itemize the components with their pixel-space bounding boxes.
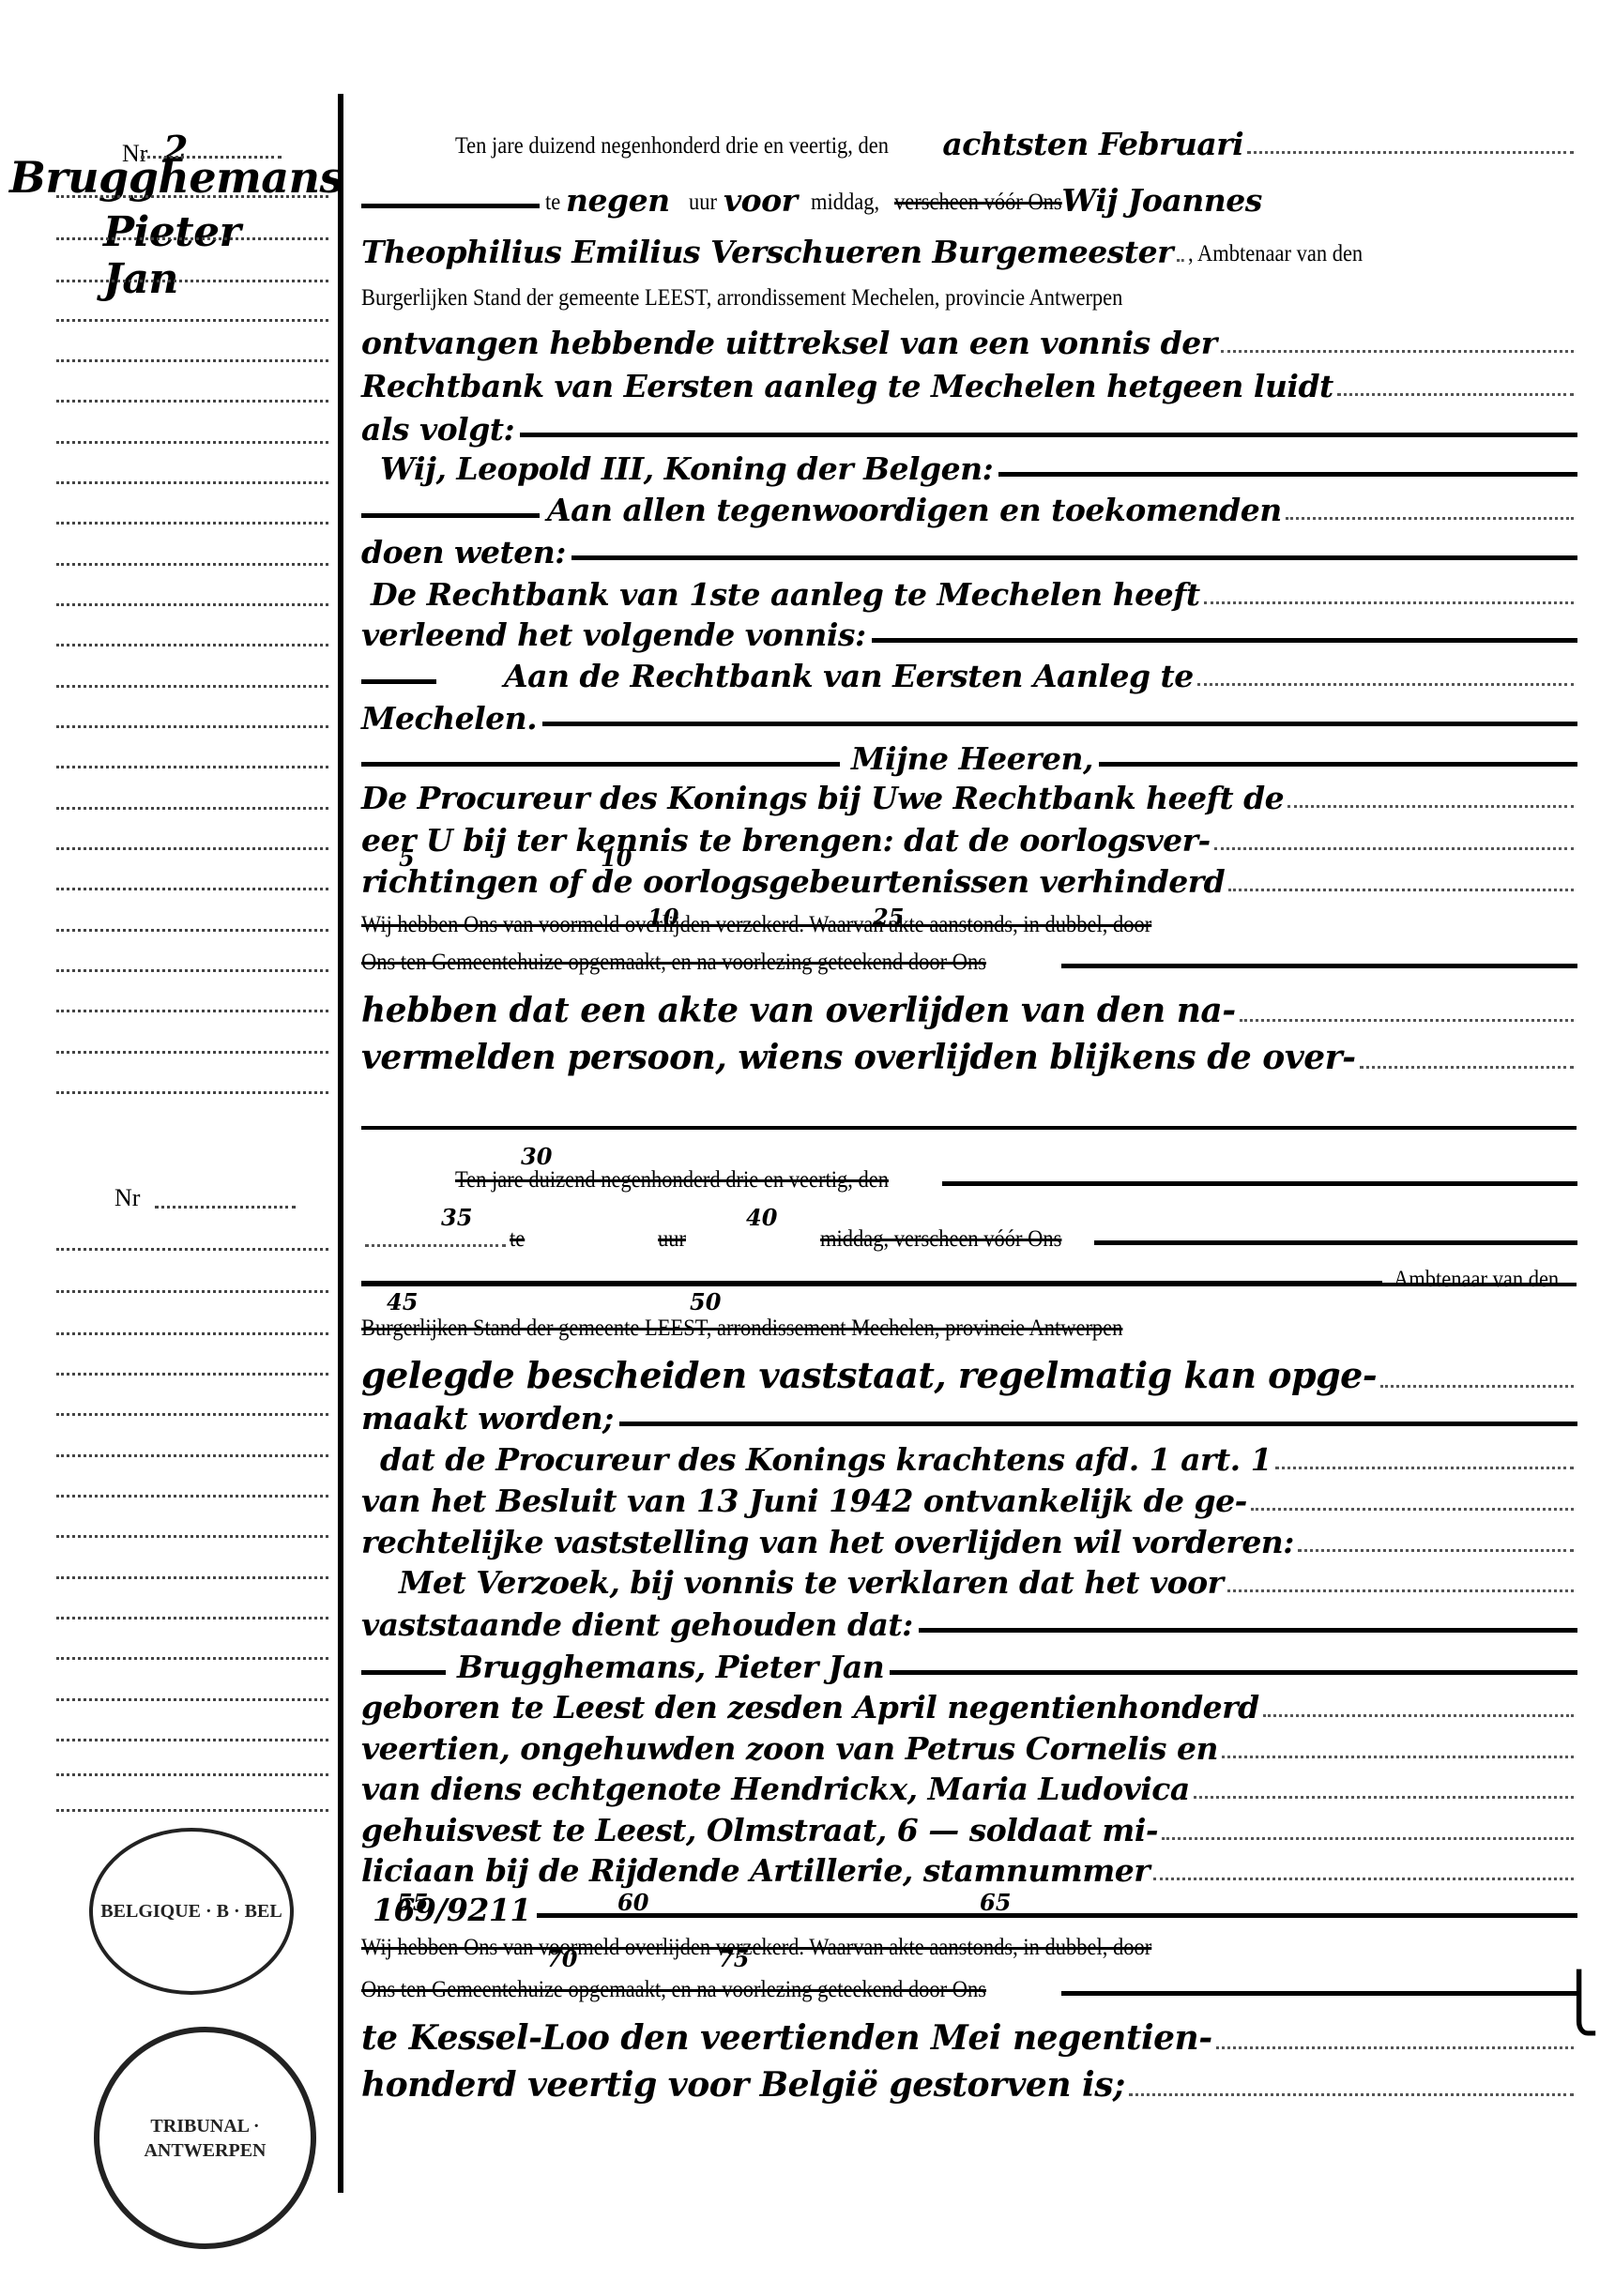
nr2-dotline xyxy=(155,1206,296,1209)
word-count-mark: 60 xyxy=(617,1889,648,1916)
closing-bracket-mark: ⎩ xyxy=(1558,1970,1600,2036)
margin-divider-line xyxy=(338,94,343,2193)
line-1: Ten jare duizend negenhonderd drie en ve… xyxy=(361,103,1577,160)
word-count-mark: 40 xyxy=(746,1204,777,1231)
word-count-mark: 30 xyxy=(521,1143,552,1170)
word-count-mark: 50 xyxy=(690,1288,721,1315)
tribunal-seal-stamp: TRIBUNAL · ANTWERPEN xyxy=(94,2027,316,2249)
word-count-mark: 75 xyxy=(718,1945,749,1972)
registry-page: Nr 2 Brugghemans Pieter Jan Nr xyxy=(0,0,1615,2296)
rule-separator xyxy=(361,1126,1577,1130)
line-26-struck: Burgerlijken Stand der gemeente LEEST, a… xyxy=(361,1285,1577,1342)
belgique-seal-stamp: BELGIQUE · B · BEL xyxy=(89,1828,294,1995)
word-count-mark: 5 xyxy=(399,844,415,872)
line-22: vermelden persoon, wiens overlijden blij… xyxy=(361,1018,1577,1074)
line-20-struck: Ons ten Gemeentehuize opgemaakt, en na v… xyxy=(361,920,1577,976)
word-count-mark: 70 xyxy=(546,1945,577,1972)
nr-label: Nr xyxy=(114,1184,140,1211)
word-count-mark: 65 xyxy=(980,1889,1011,1916)
margin-given-name-1: Pieter xyxy=(103,208,240,256)
word-count-mark: 45 xyxy=(387,1288,418,1315)
line-44: honderd veertig voor België gestorven is… xyxy=(361,2045,1577,2102)
line-42-struck: Ons ten Gemeentehuize opgemaakt, en na v… xyxy=(361,1947,1577,2003)
word-count-mark: 35 xyxy=(441,1204,472,1231)
word-count-mark: 10 xyxy=(648,904,678,931)
record2-nr: Nr xyxy=(114,1184,140,1212)
line-2: te negen uur voor middag, verscheen vóór… xyxy=(361,160,1577,216)
word-count-mark: 10 xyxy=(601,844,632,872)
word-count-mark: 25 xyxy=(873,904,904,931)
word-count-mark: 55 xyxy=(397,1889,428,1916)
